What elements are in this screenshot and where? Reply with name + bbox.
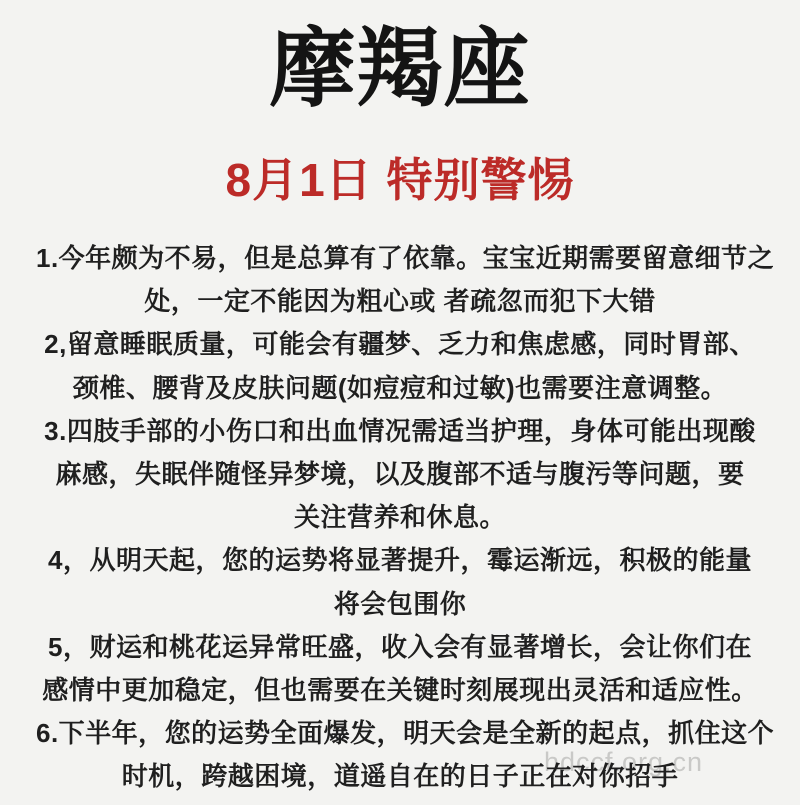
horoscope-line: 1.今年颇为不易，但是总算有了依靠。宝宝近期需要留意细节之 [36, 237, 764, 280]
horoscope-line: 关注营养和休息。 [36, 496, 764, 539]
horoscope-line: 颈椎、腰背及皮肤问题(如痘痘和过敏)也需要注意调整。 [36, 367, 764, 410]
horoscope-item-1: 1.今年颇为不易，但是总算有了依靠。宝宝近期需要留意细节之 处，一定不能因为粗心… [36, 237, 764, 323]
horoscope-card: 摩羯座 8月1日 特别警惕 hdccf.org.cn 1.今年颇为不易，但是总算… [0, 0, 800, 805]
horoscope-line: 将会包围你 [36, 583, 764, 626]
horoscope-body: 1.今年颇为不易，但是总算有了依靠。宝宝近期需要留意细节之 处，一定不能因为粗心… [36, 237, 764, 798]
horoscope-item-5: 5，财运和桃花运异常旺盛，收入会有显著增长，会让你们在 感情中更加稳定，但也需要… [36, 626, 764, 712]
page-title: 摩羯座 [0, 14, 800, 124]
horoscope-line: 感情中更加稳定，但也需要在关键时刻展现出灵活和适应性。 [36, 669, 764, 712]
horoscope-line: 4，从明天起，您的运势将显著提升，霉运渐远，积极的能量 [36, 539, 764, 582]
horoscope-item-6: 6.下半年，您的运势全面爆发，明天会是全新的起点，抓住这个 时机，跨越困境，道遥… [36, 712, 764, 798]
horoscope-line: 处，一定不能因为粗心或 者疏忽而犯下大错 [36, 280, 764, 323]
horoscope-line: 6.下半年，您的运势全面爆发，明天会是全新的起点，抓住这个 [36, 712, 764, 755]
horoscope-line: 2,留意睡眠质量，可能会有疆梦、乏力和焦虑感，同时胃部、 [36, 323, 764, 366]
horoscope-line: 时机，跨越困境，道遥自在的日子正在对你招手 [36, 755, 764, 798]
horoscope-line: 3.四肢手部的小伤口和出血情况需适当护理，身体可能出现酸 [36, 410, 764, 453]
horoscope-line: 5，财运和桃花运异常旺盛，收入会有显著增长，会让你们在 [36, 626, 764, 669]
horoscope-item-4: 4，从明天起，您的运势将显著提升，霉运渐远，积极的能量 将会包围你 [36, 539, 764, 625]
date-alert-subtitle: 8月1日 特别警惕 [0, 150, 800, 210]
horoscope-line: 麻感，失眠伴随怪异梦境，以及腹部不适与腹污等问题，要 [36, 453, 764, 496]
horoscope-item-3: 3.四肢手部的小伤口和出血情况需适当护理，身体可能出现酸 麻感，失眠伴随怪异梦境… [36, 410, 764, 540]
horoscope-item-2: 2,留意睡眠质量，可能会有疆梦、乏力和焦虑感，同时胃部、 颈椎、腰背及皮肤问题(… [36, 323, 764, 409]
